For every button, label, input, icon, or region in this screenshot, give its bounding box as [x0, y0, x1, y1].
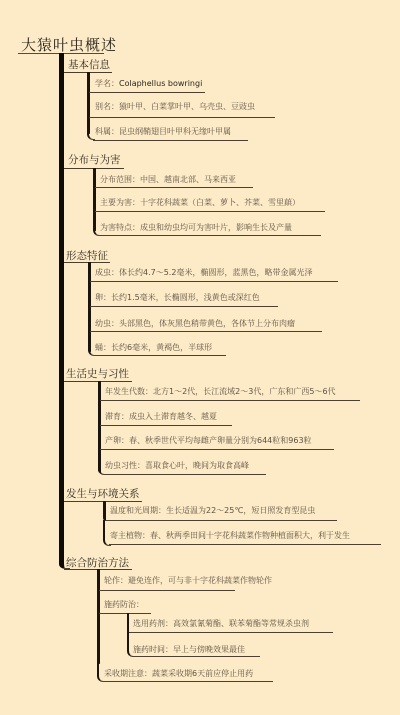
node-pesticide-selection[interactable]: 选用药剂：高效氯氰菊酯、联苯菊酯等常规杀虫剂 [133, 618, 309, 629]
node-label: 学名： [95, 79, 119, 88]
node-damage-traits[interactable]: 为害特点：成虫和幼虫均可为害叶片，影响生长及产量 [100, 222, 292, 233]
node-underline [99, 235, 321, 236]
node-larva-habits[interactable]: 幼虫习性：喜取食心叶，晚间为取食高峰 [105, 460, 249, 471]
branch-curve [87, 117, 95, 140]
node-underline [89, 117, 275, 118]
category-integrated-control[interactable]: 综合防治方法 [66, 555, 129, 570]
node-underline [93, 140, 248, 141]
node-underline [99, 590, 235, 591]
category-distribution-damage[interactable]: 分布与为害 [68, 152, 121, 167]
node-egg[interactable]: 卵：长约1.5毫米，长椭圆形，浅黄色或深红色 [95, 292, 260, 303]
node-underline [99, 613, 151, 614]
branch-connector [97, 569, 100, 664]
node-pupa[interactable]: 蛹：长约6毫米，黄褐色，半球形 [95, 342, 212, 353]
node-underline [89, 92, 205, 93]
node-adult[interactable]: 成虫：体长约4.7～5.2毫米，椭圆形，蓝黑色，略带金属光泽 [95, 267, 312, 278]
node-chemical-control[interactable]: 施药防治： [104, 599, 144, 610]
node-underline [94, 355, 226, 356]
node-distribution-range[interactable]: 分布范围：中国、越南北部、马来西亚 [100, 174, 236, 185]
node-underline [95, 187, 253, 188]
node-main-hosts[interactable]: 主要为害：十字花科蔬菜（白菜、萝卜、芥菜、雪里蕻） [100, 197, 300, 208]
node-taxonomy[interactable]: 科属：昆虫纲鞘翅目叶甲科无缘叶甲属 [95, 126, 231, 137]
node-underline [100, 425, 232, 426]
node-diapause[interactable]: 滞育：成虫入土滞育越冬、越夏 [105, 411, 217, 422]
node-generations[interactable]: 年发生代数：北方1～2代，长江流域2～3代，广东和广西5～6代 [105, 386, 336, 397]
category-morphology[interactable]: 形态特征 [66, 248, 108, 263]
category-basic-info[interactable]: 基本信息 [68, 57, 110, 72]
node-underline [90, 331, 322, 332]
node-underline [104, 474, 266, 475]
node-underline [129, 632, 333, 633]
node-underline [105, 520, 337, 521]
node-crop-rotation[interactable]: 轮作：避免连作，可与非十字花科蔬菜作物轮作 [104, 575, 272, 586]
node-underline [100, 449, 334, 450]
node-underline [90, 281, 338, 282]
category-underline [64, 262, 110, 263]
node-underline [132, 656, 260, 657]
node-oviposition[interactable]: 产卵：春、秋季世代平均每雌产卵量分别为644粒和963粒 [105, 435, 312, 446]
node-temperature-photoperiod[interactable]: 温度和光周期：生长适温为22～25℃，短日照发育型昆虫 [110, 505, 315, 516]
node-harvest-interval[interactable]: 采收期注意：蔬菜采收期6天前应停止用药 [104, 668, 253, 679]
node-host-plants[interactable]: 寄主植物：春、秋两季田间十字花科蔬菜作物种植面积大，利于发生 [110, 530, 350, 541]
node-underline [95, 211, 325, 212]
scientific-name-value: Colaphellus bowringi [119, 79, 202, 88]
node-underline [103, 681, 273, 682]
node-underline [90, 306, 278, 307]
main-trunk-connector [59, 53, 64, 568]
node-alias[interactable]: 别名：猿叶甲、白菜掌叶甲、乌壳虫、豆豉虫 [95, 101, 255, 112]
branch-connector [103, 501, 106, 521]
node-spray-timing[interactable]: 施药时间：早上与傍晚效果最佳 [133, 644, 245, 655]
mindmap-root-title[interactable]: 大猿叶虫概述 [21, 34, 117, 55]
node-underline [100, 400, 360, 401]
category-life-history[interactable]: 生活史与习性 [66, 366, 129, 381]
node-underline [109, 544, 381, 545]
category-environment[interactable]: 发生与环境关系 [66, 486, 140, 501]
node-scientific-name[interactable]: 学名：Colaphellus bowringi [95, 78, 202, 89]
node-larva[interactable]: 幼虫：头部黑色，体灰黑色稍带黄色，各体节上分布肉瘤 [95, 318, 295, 329]
